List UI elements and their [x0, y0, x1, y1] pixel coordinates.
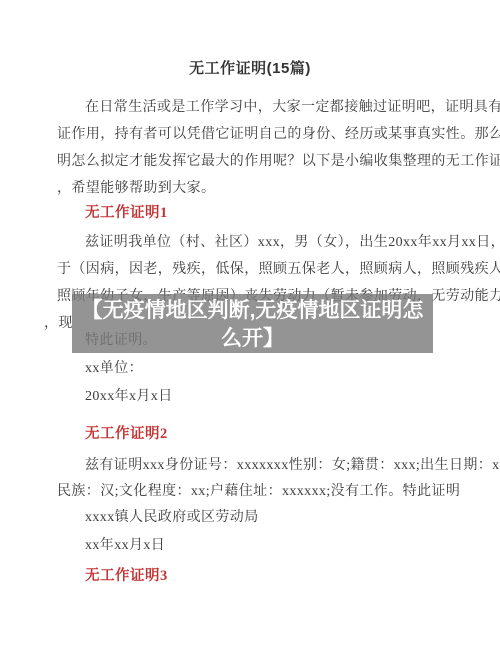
section-1-date: 20xx年x月x日: [85, 388, 173, 406]
intro-line: 明怎么拟定才能发挥它最大的作用呢？以下是小编收集整理的无工作证明: [57, 148, 500, 175]
intro-line: ，希望能够帮助到大家。: [57, 175, 500, 202]
overlay-text-line: 【无疫情地区判断,无疫情地区证明怎: [72, 297, 433, 325]
section-2-heading: 无工作证明2: [85, 425, 168, 443]
intro-line: 证作用，持有者可以凭借它证明自己的身份、经历或某事真实性。那么证: [57, 121, 500, 148]
section-1-heading: 无工作证明1: [85, 204, 168, 222]
document-title: 无工作证明(15篇): [0, 59, 500, 79]
paragraph-line: 于（因病，因老，残疾，低保，照顾五保老人，照顾病人，照顾残疾人，: [57, 256, 500, 283]
intro-line: 在日常生活或是工作学习中，大家一定都接触过证明吧，证明具有凭: [57, 94, 500, 121]
paragraph-line: 兹证明我单位（村、社区）xxx，男（女），出生20xx年xx月xx日，由: [57, 229, 500, 256]
section-2-signer: xxxx镇人民政府或区劳动局: [85, 509, 259, 527]
intro-paragraph: 在日常生活或是工作学习中，大家一定都接触过证明吧，证明具有凭 证作用，持有者可以…: [57, 94, 500, 202]
overlay-text-line: 么开】: [72, 325, 433, 353]
paragraph-line: 兹有证明xxx身份证号：xxxxxxx性别：女;籍贯：xxx;出生日期：xxx;: [57, 453, 500, 479]
section-1-signer: xx单位：: [85, 360, 143, 378]
paragraph-line: 民族：汉;文化程度：xx;户藉住址：xxxxxx;没有工作。特此证明: [57, 479, 500, 505]
section-2-paragraph: 兹有证明xxx身份证号：xxxxxxx性别：女;籍贯：xxx;出生日期：xxx;…: [57, 453, 500, 505]
document-page: 无工作证明(15篇) 在日常生活或是工作学习中，大家一定都接触过证明吧，证明具有…: [0, 0, 500, 647]
overlay-banner[interactable]: 【无疫情地区判断,无疫情地区证明怎 么开】: [72, 294, 433, 353]
section-2-date: xx年xx月x日: [85, 537, 165, 555]
section-3-heading: 无工作证明3: [85, 567, 168, 585]
